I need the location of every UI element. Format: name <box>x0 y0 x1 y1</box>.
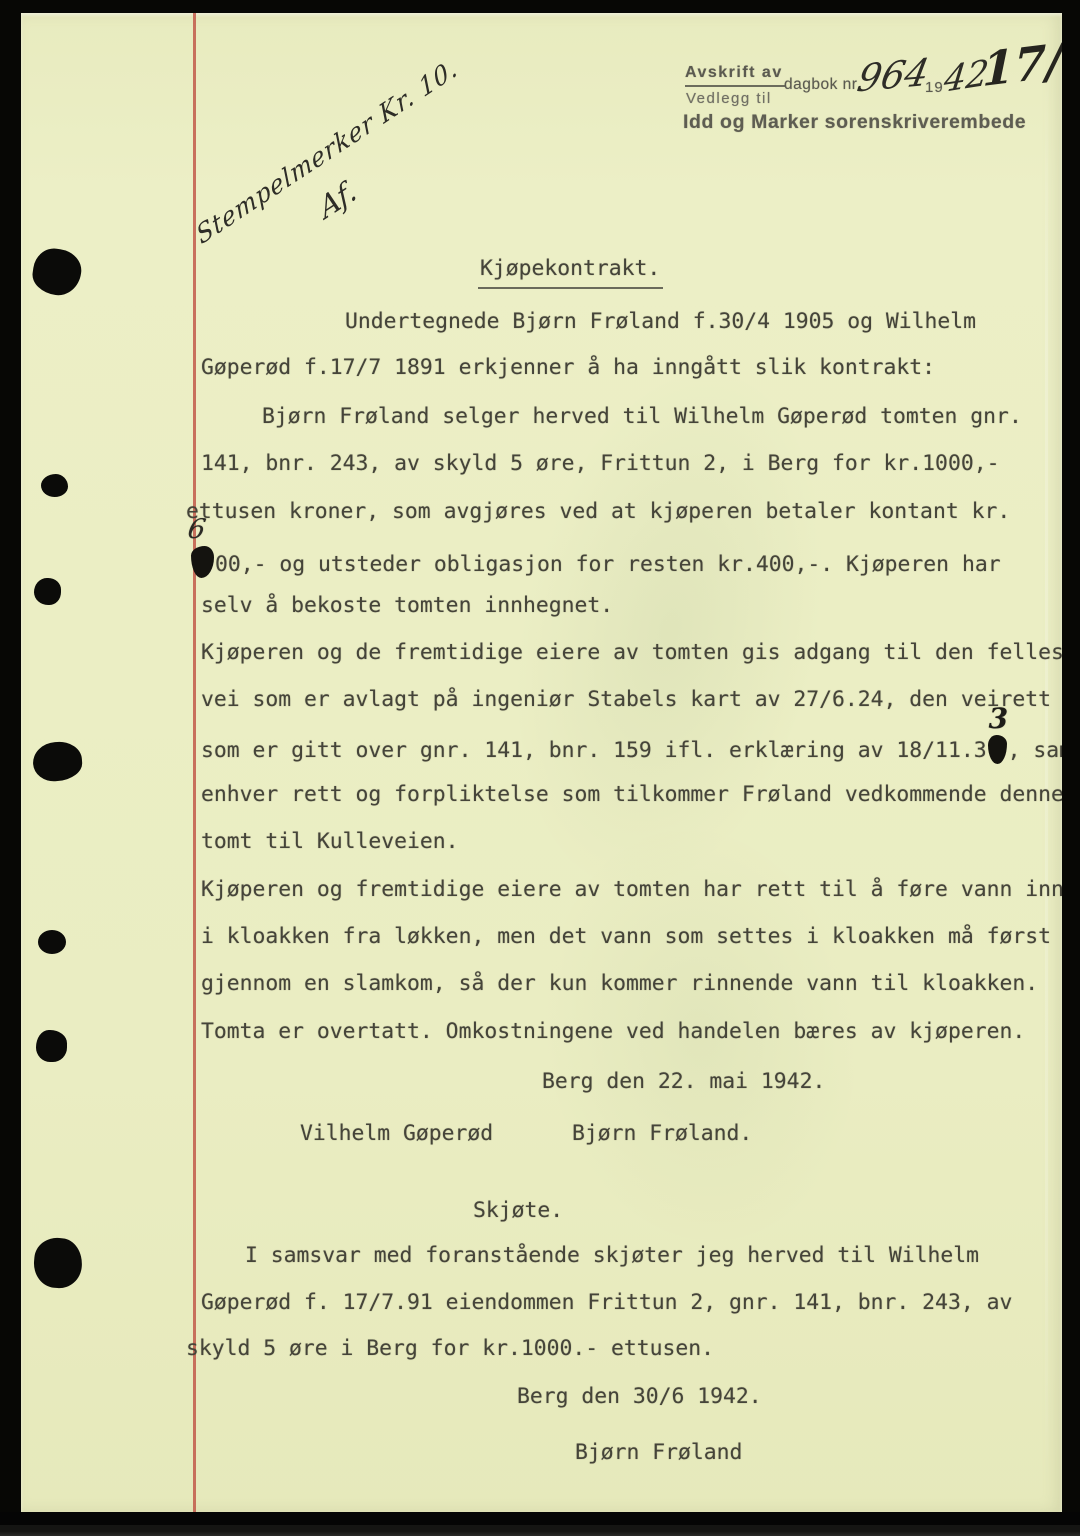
body-line: selv å bekoste tomten innhegnet. <box>201 593 613 619</box>
body-line: tomt til Kulleveien. <box>201 829 459 855</box>
body-line-text: 00,- og utsteder obligasjon for resten k… <box>215 552 1001 577</box>
body-line: gjennom en slamkom, så der kun kommer ri… <box>201 971 1038 997</box>
body-line: Gøperød f.17/7 1891 erkjenner å ha inngå… <box>201 355 935 381</box>
paper-crease <box>1045 60 1048 1490</box>
contract-date-line: Berg den 22. mai 1942. <box>542 1069 825 1095</box>
handwritten-correction-3: 3 <box>989 706 1008 732</box>
body-line: Kjøperen og de fremtidige eiere av tomte… <box>201 640 1064 666</box>
scanned-document-page: Avskrift av Vedlegg til dagbok nr. 964 1… <box>0 0 1080 1536</box>
body-line: Bjørn Frøland selger herved til Wilhelm … <box>262 404 1022 430</box>
body-line: 141, bnr. 243, av skyld 5 øre, Frittun 2… <box>201 451 999 477</box>
stamp-vedlegg-label: Vedlegg til <box>686 90 772 107</box>
ink-blot: 3 <box>988 735 1007 764</box>
body-line: Undertegnede Bjørn Frøland f.30/4 1905 o… <box>345 309 976 335</box>
deed-heading: Skjøte. <box>473 1198 563 1224</box>
stamp-year-prefix: 19 <box>925 79 944 96</box>
deed-signature: Bjørn Frøland <box>575 1440 742 1466</box>
body-line-with-blot: som er gitt over gnr. 141, bnr. 159 ifl.… <box>201 735 1080 764</box>
body-line-text: som er gitt over gnr. 141, bnr. 159 ifl.… <box>201 738 987 763</box>
deed-line: skyld 5 øre i Berg for kr.1000.- ettusen… <box>186 1336 714 1362</box>
body-line-with-blot: 600,- og utsteder obligasjon for resten … <box>191 546 1001 578</box>
body-line: i kloakken fra løkken, men det vann som … <box>201 924 1051 950</box>
body-line: vei som er avlagt på ingeniør Stabels ka… <box>201 687 1051 713</box>
punch-hole <box>41 474 68 497</box>
deed-line: Gøperød f. 17/7.91 eiendommen Frittun 2,… <box>201 1290 1012 1316</box>
deed-date-line: Berg den 30/6 1942. <box>517 1384 762 1410</box>
scan-edge-bottom <box>0 1512 1080 1536</box>
body-line: Kjøperen og fremtidige eiere av tomten h… <box>201 877 1064 903</box>
scan-edge-left <box>0 0 21 1536</box>
signature-seller: Bjørn Frøland. <box>572 1121 752 1147</box>
stamp-avskrift-label: Avskrift av <box>685 64 785 87</box>
handwritten-dagbok-number: 964 <box>854 50 933 100</box>
stamp-dagbok-label: dagbok nr. <box>784 76 861 94</box>
punch-hole <box>34 578 61 605</box>
body-line: ettusen kroner, som avgjøres ved at kjøp… <box>186 499 1010 525</box>
stamp-office-name: Idd og Marker sorenskriverembede <box>683 111 1026 134</box>
signature-buyer: Vilhelm Gøperød <box>300 1121 493 1147</box>
scan-edge-top <box>0 0 1080 13</box>
contract-title: Kjøpekontrakt. <box>478 256 663 289</box>
deed-line: I samsvar med foranstående skjøter jeg h… <box>245 1243 979 1269</box>
punch-hole <box>36 1030 67 1062</box>
punch-hole <box>38 930 66 954</box>
body-line: enhver rett og forpliktelse som tilkomme… <box>201 782 1064 808</box>
red-margin-line <box>193 13 196 1512</box>
body-line: Tomta er overtatt. Omkostningene ved han… <box>201 1019 1025 1045</box>
ink-blot: 6 <box>191 546 214 578</box>
scan-edge-right <box>1062 0 1080 1536</box>
